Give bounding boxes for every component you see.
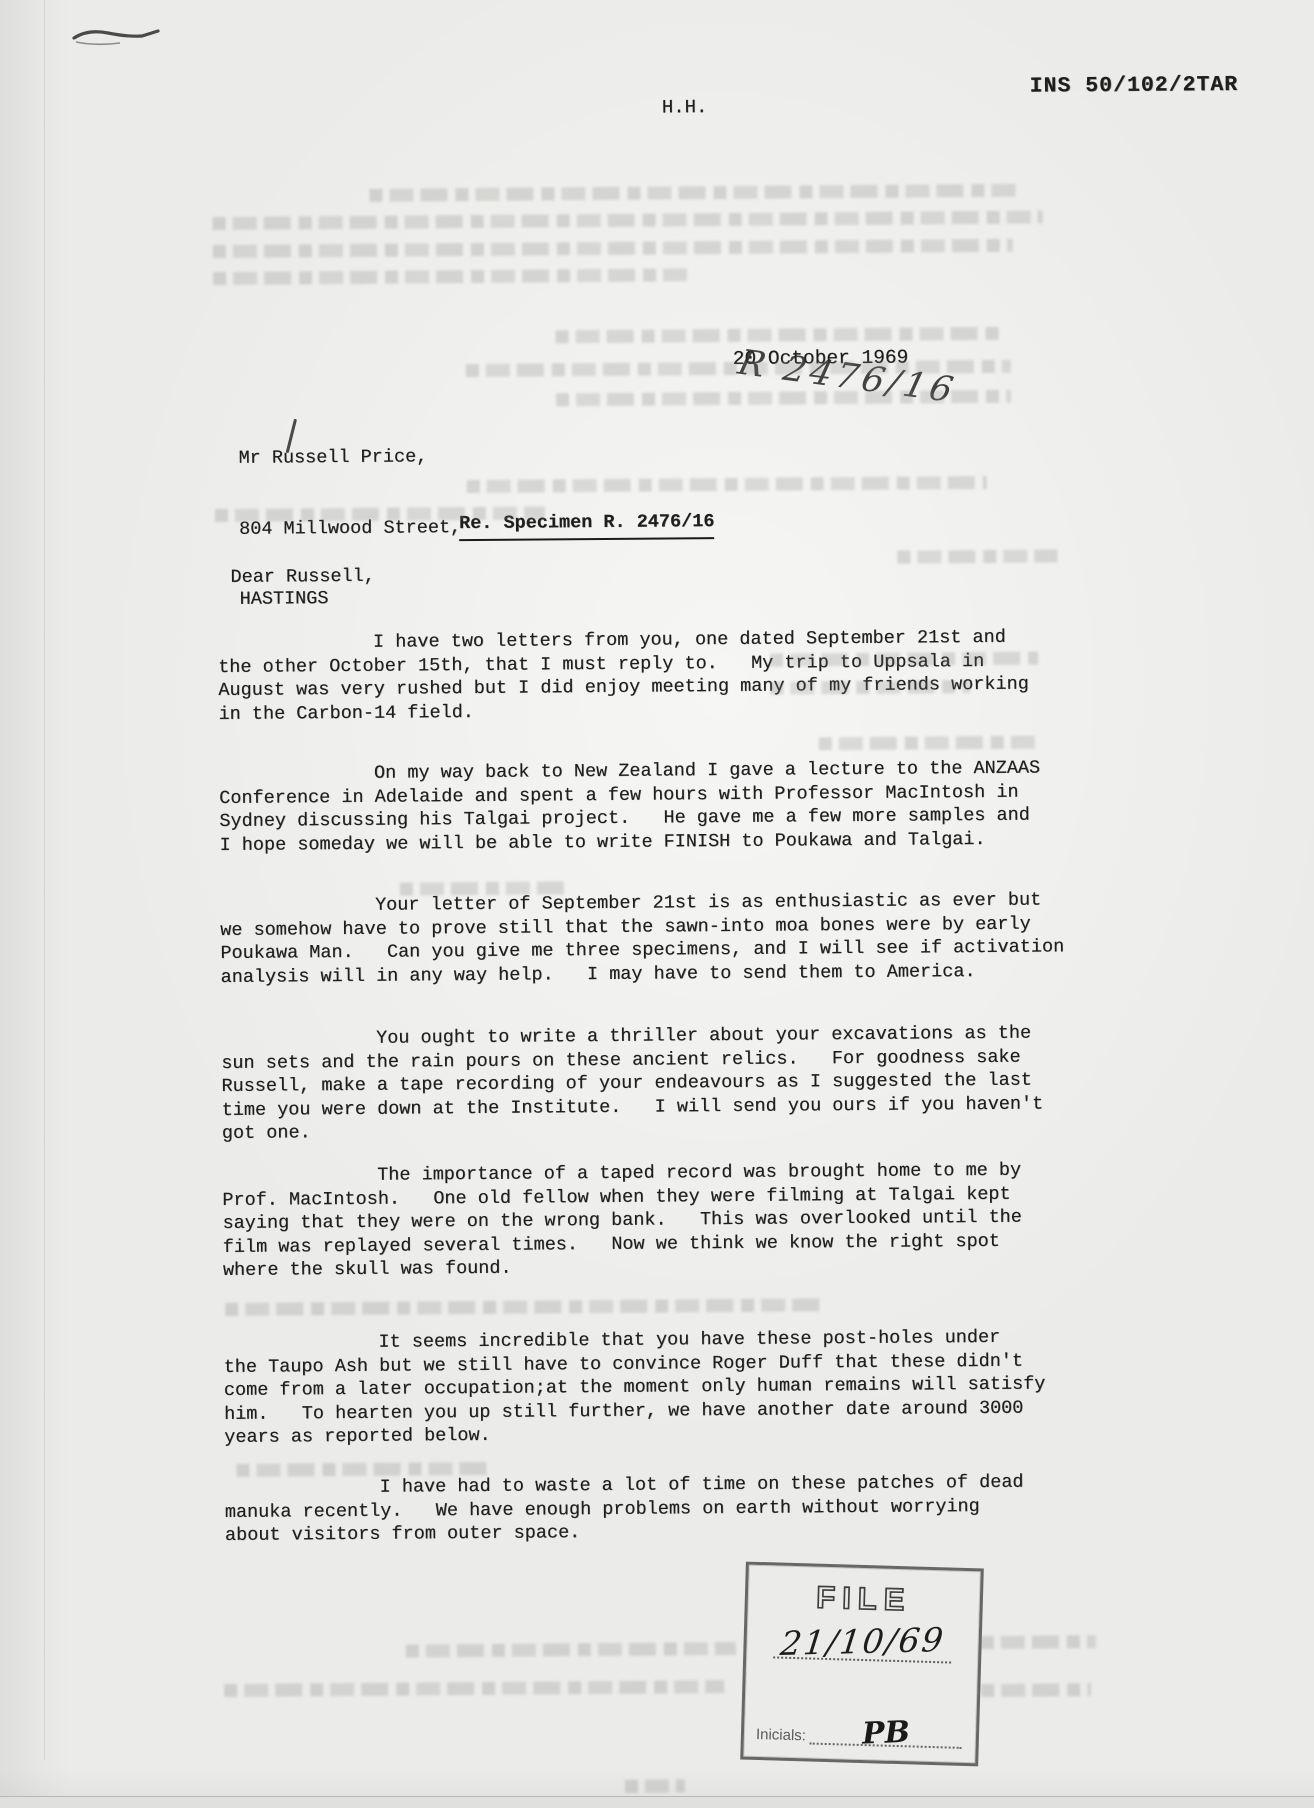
bleedthrough-text-line: [400, 881, 570, 895]
bleedthrough-text-line: [770, 652, 1038, 667]
bleedthrough-text-line: [213, 268, 693, 285]
salutation: Dear Russell,: [230, 565, 375, 590]
paragraph: I have two letters from you, one dated S…: [218, 625, 1081, 726]
bleedthrough-text-line: [819, 736, 1039, 751]
stamp-initials-row: Inicials: PB: [756, 1726, 962, 1749]
bleedthrough-text-line: [981, 1683, 1091, 1697]
paragraph: Your letter of September 21st is as enth…: [220, 888, 1083, 989]
paragraph: It seems incredible that you have these …: [223, 1325, 1086, 1449]
bleedthrough-text-line: [224, 1680, 724, 1697]
bleedthrough-text-line: [897, 549, 1057, 563]
paragraph: I have had to waste a lot of time on the…: [225, 1470, 1088, 1547]
bleedthrough-text-line: [556, 327, 1006, 344]
letter-page: H.H. INS 50/102/2TAR 20 October 1969 Mr …: [0, 0, 1314, 1808]
file-stamp: FILE 21/10/69 Inicials: PB: [740, 1562, 984, 1767]
paragraph: The importance of a taped record was bro…: [222, 1158, 1085, 1282]
bleedthrough-text-line: [625, 1779, 685, 1792]
file-stamp-title-box: FILE: [788, 1574, 939, 1622]
stamp-date-handwritten: 21/10/69: [778, 1620, 947, 1663]
recipient-city: HASTINGS: [240, 586, 462, 611]
bleedthrough-text-line: [406, 1642, 736, 1658]
stamp-initials-dotted-line: PB: [810, 1737, 962, 1749]
bleedthrough-text-line: [981, 1635, 1096, 1649]
stamp-initials-handwritten: PB: [861, 1715, 910, 1752]
bleedthrough-text-line: [467, 476, 987, 493]
handwritten-correction-stroke: [280, 417, 304, 460]
paper-bottom-edge: [0, 1796, 1314, 1808]
bleedthrough-text-line: [213, 211, 1043, 231]
recipient-name: Mr Russell Price,: [238, 445, 460, 470]
paragraph: You ought to write a thriller about your…: [221, 1021, 1084, 1145]
stamp-initials-label: Inicials:: [756, 1726, 807, 1744]
bleedthrough-text-line: [225, 1298, 825, 1316]
bleedthrough-text-line: [369, 184, 1019, 202]
paragraph: On my way back to New Zealand I gave a l…: [219, 756, 1082, 857]
typist-initials: H.H.: [662, 96, 708, 120]
file-reference: INS 50/102/2TAR: [1030, 74, 1239, 99]
bleedthrough-text-line: [770, 680, 970, 695]
bleedthrough-text-line: [213, 239, 1013, 258]
stamp-title: FILE: [816, 1580, 912, 1618]
recipient-address: Mr Russell Price, 804 Millwood Street, H…: [238, 398, 462, 658]
bleedthrough-text-line: [215, 506, 545, 522]
bleedthrough-text-line: [236, 1462, 486, 1477]
